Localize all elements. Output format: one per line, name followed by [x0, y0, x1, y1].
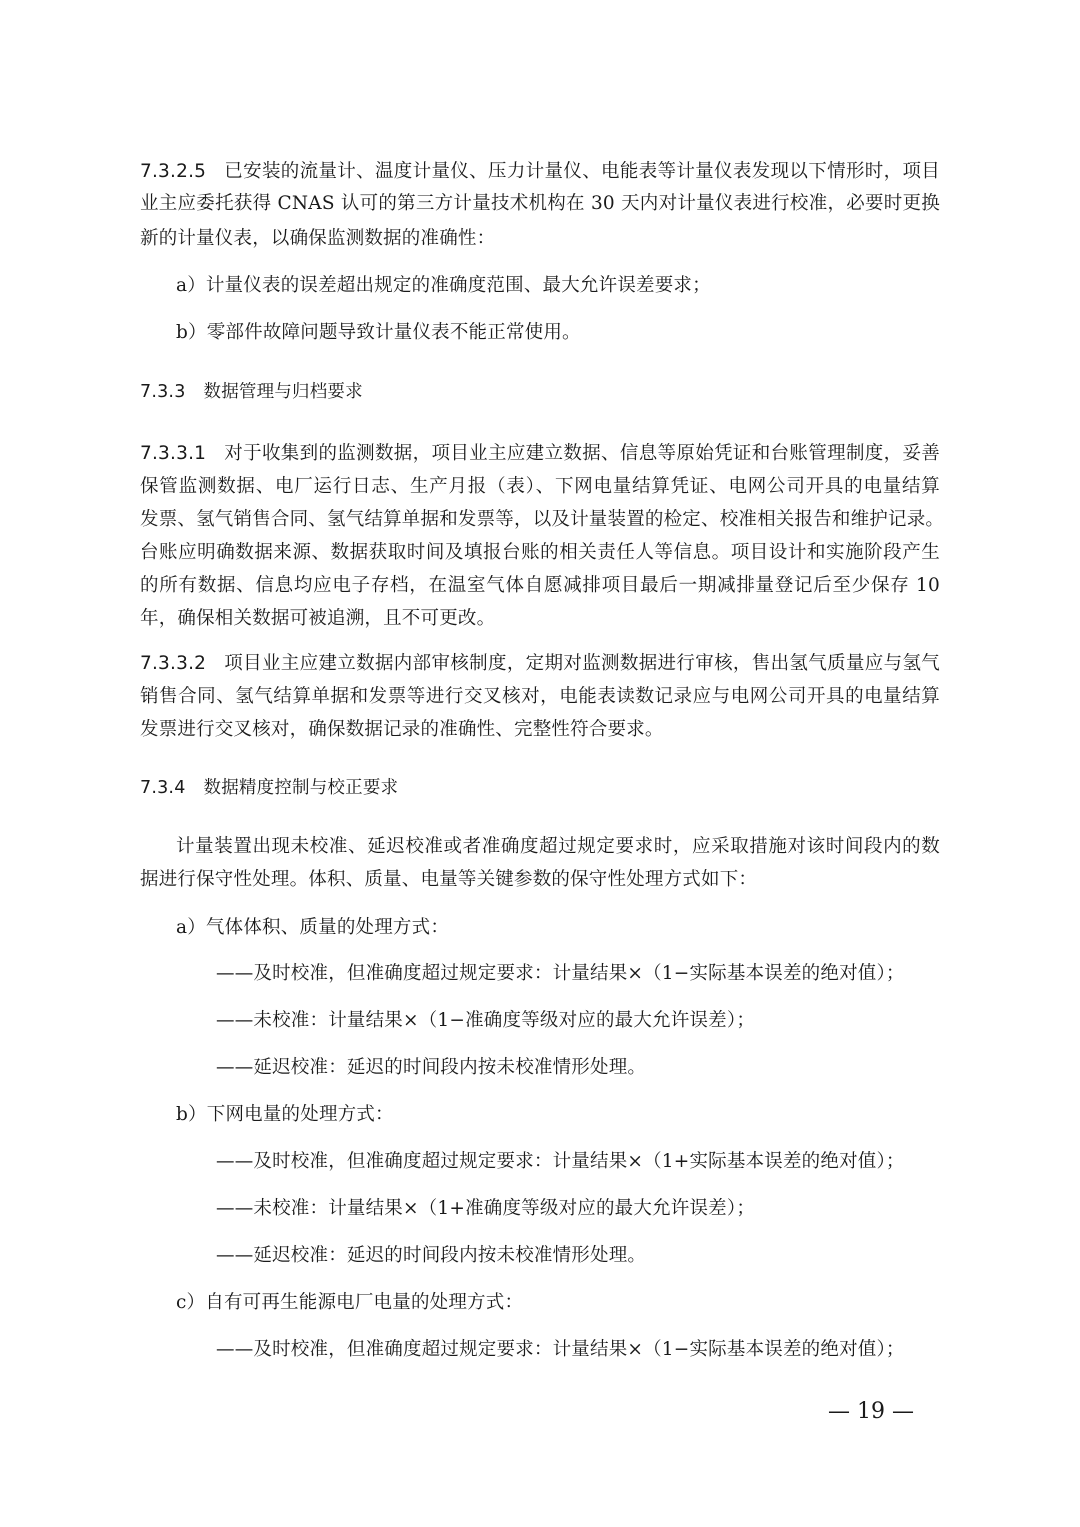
subsection-b-item-1: ——及时校准，但准确度超过规定要求：计量结果×（1+实际基本误差的绝对值）； [216, 1150, 905, 1174]
clause-7-3-2-5-line-1: 7.3.2.5已安装的流量计、温度计量仪、压力计量仪、电能表等计量仪表发现以下情… [140, 160, 940, 184]
subsection-b-title: b）下网电量的处理方式： [176, 1103, 394, 1127]
page-number: — 19 — [828, 1398, 914, 1426]
clause-7-3-3-1-line-1: 7.3.3.1对于收集到的监测数据，项目业主应建立数据、信息等原始凭证和台账管理… [140, 442, 940, 466]
clause-number: 7.3.2.5 [140, 161, 206, 182]
subsection-a-item-2: ——未校准：计量结果×（1−准确度等级对应的最大允许误差）； [216, 1009, 755, 1033]
intro-line-1: 计量装置出现未校准、延迟校准或者准确度超过规定要求时，应采取措施对该时间段内的数 [176, 835, 940, 859]
clause-7-3-3-2-line-2: 销售合同、氢气结算单据和发票等进行交叉核对，电能表读数记录应与电网公司开具的电量… [140, 685, 940, 709]
clause-7-3-3-1-line-6: 年，确保相关数据可被追溯，且不可更改。 [140, 607, 495, 631]
section-heading-7-3-3: 7.3.3数据管理与归档要求 [140, 380, 363, 404]
subsection-c-title: c）自有可再生能源电厂电量的处理方式： [176, 1291, 523, 1315]
subsection-b-item-3: ——延迟校准：延迟的时间段内按未校准情形处理。 [216, 1244, 646, 1268]
subsection-b-item-2: ——未校准：计量结果×（1+准确度等级对应的最大允许误差）； [216, 1197, 755, 1221]
clause-7-3-3-1-line-3: 发票、氢气销售合同、氢气结算单据和发票等，以及计量装置的检定、校准相关报告和维护… [140, 508, 940, 532]
subsection-a-item-1: ——及时校准，但准确度超过规定要求：计量结果×（1−实际基本误差的绝对值）； [216, 962, 905, 986]
clause-number: 7.3.3.1 [140, 443, 206, 464]
clause-7-3-3-1-line-2: 保管监测数据、电厂运行日志、生产月报（表）、下网电量结算凭证、电网公司开具的电量… [140, 475, 940, 499]
list-item-a: a）计量仪表的误差超出规定的准确度范围、最大允许误差要求； [176, 274, 711, 298]
section-heading-7-3-4: 7.3.4数据精度控制与校正要求 [140, 776, 398, 800]
subsection-a-title: a）气体体积、质量的处理方式： [176, 916, 449, 940]
intro-line-2: 据进行保守性处理。体积、质量、电量等关键参数的保守性处理方式如下： [140, 868, 757, 892]
subsection-a-item-3: ——延迟校准：延迟的时间段内按未校准情形处理。 [216, 1056, 646, 1080]
clause-7-3-2-5-line-2: 业主应委托获得 CNAS 认可的第三方计量技术机构在 30 天内对计量仪表进行校… [140, 192, 940, 216]
clause-7-3-3-1-line-4: 台账应明确数据来源、数据获取时间及填报台账的相关责任人等信息。项目设计和实施阶段… [140, 541, 940, 565]
clause-7-3-3-1-line-5: 的所有数据、信息均应电子存档，在温室气体自愿减排项目最后一期减排量登记后至少保存… [140, 574, 940, 598]
clause-7-3-2-5-line-3: 新的计量仪表，以确保监测数据的准确性： [140, 227, 495, 251]
clause-number: 7.3.3.2 [140, 653, 206, 674]
clause-7-3-3-2-line-1: 7.3.3.2项目业主应建立数据内部审核制度，定期对监测数据进行审核，售出氢气质… [140, 652, 940, 676]
list-item-b: b）零部件故障问题导致计量仪表不能正常使用。 [176, 321, 581, 345]
subsection-c-item-1: ——及时校准，但准确度超过规定要求：计量结果×（1−实际基本误差的绝对值）； [216, 1338, 905, 1362]
clause-7-3-3-2-line-3: 发票进行交叉核对，确保数据记录的准确性、完整性符合要求。 [140, 718, 664, 742]
